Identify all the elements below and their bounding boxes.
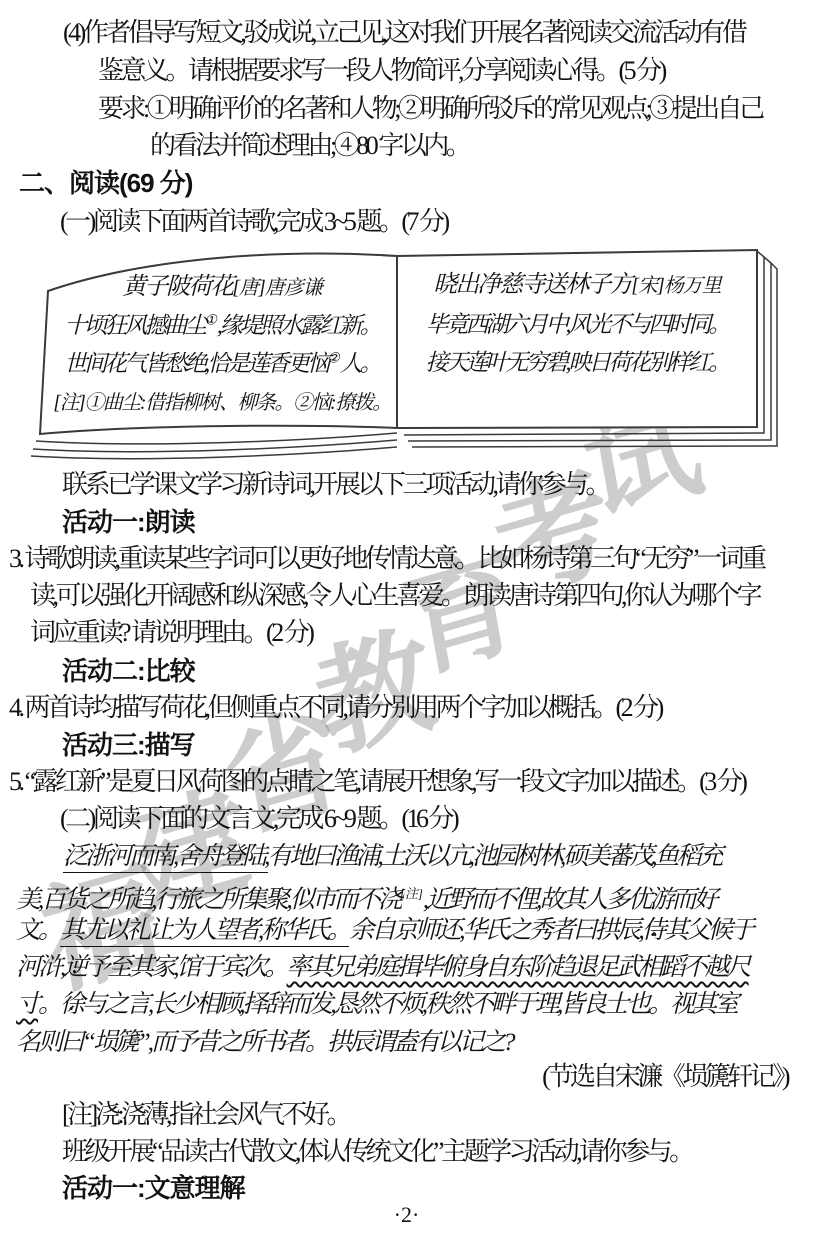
page-number: ·2· [0,1198,813,1232]
poem-right-line2: 接天莲叶无穷碧,映日荷花别样红。 [426,344,729,377]
question3-line2: 读,可以强化开阔感和纵深感,令人心生喜爱。朗读唐诗第四句,你认为哪个字 [30,579,759,613]
poem-left-note: [注]①曲尘:借指柳树、柳条。②恼:撩拨。 [53,386,390,415]
section2-heading: 二、阅读(69 分) [19,166,192,200]
wenyan-line3: 文。其尤以礼让为人望者,称华氏。余自京师还,华氏之秀者曰拱辰,侍其父候于 [16,914,752,948]
activity2-label: 活动二:比较 [62,654,195,688]
activities-intro: 联系已学课文学习新诗词,开展以下三项活动,请你参与。 [62,468,608,502]
item4-line1: (4)作者倡导写短文,驳成说,立己见,这对我们开展名著阅读交流活动有借 [63,16,744,50]
wenyan-line1: 泛浙河而南,舍舟登陆,有地曰渔浦,土沃以亢,池园树林,硕美蕃茂,鱼稻充 [63,840,721,874]
wenyan-line2: 美,百货之所趋,行旅之所集聚,似市而不浇[注],近野而不俚,故其人多优游而好 [16,877,715,917]
source-attribution: (节选自宋濂《埙篪轩记》) [542,1060,787,1094]
item4-requirements-line2: 的看法并简述理由;④80 字以内。 [150,129,468,163]
book-left-page-stack [31,447,397,459]
poem-right-title: 晓出净慈寺送林子方[宋]杨万里 [433,264,721,299]
question3-line3: 词应重读? 请说明理由。(2 分) [30,616,311,650]
wenyan-line6: 名则曰“埙篪”,而予昔之所书者。拱辰谓盍有以记之? [16,1026,513,1060]
part2-instruction: (二)阅读下面的文言文,完成 6~9 题。(16 分) [60,802,456,836]
question4-line1: 4. 两首诗均描写荷花,但侧重点不同,请分别用两个字加以概括。(2 分) [9,691,661,725]
wenyan-line4: 河浒,逆予至其家,馆于宾次。率其兄弟庭揖毕俯身自东阶趋退足武相蹈不越尺 [16,951,749,985]
class-activity-intro: 班级开展“品读古代散文,体认传统文化”主题学习活动,请你参与。 [62,1135,692,1169]
item4-line2: 鉴意义。请根据要求写一段人物简评,分享阅读心得。(5 分) [98,54,664,88]
poem-left-title: 黄子陂荷花[唐]唐彦谦 [122,266,322,301]
question3-line1: 3. 诗歌朗读,重读某些字词可以更好地传情达意。比如杨诗第三句“无穷”一词重 [9,542,764,576]
poem-left-line1: 十顷狂风撼曲尘①,缘堤照水露红新。 [64,307,379,340]
poem-right-line1: 毕竟西湖六月中,风光不与四时同。 [426,306,729,339]
book-left-page-stack [33,440,397,452]
part1-instruction: (一)阅读下面两首诗歌,完成 3~5 题。(7 分) [60,205,447,239]
activity3-label: 活动三:描写 [62,728,195,762]
book-left-page-stack [36,433,397,444]
item4-requirements-line1: 要求:①明确评价的名著和人物;②明确所驳斥的常见观点;③提出自己 [98,92,762,126]
exam-page: 福建省教育考试 (4)作者倡导写短文,驳成说,立己见,这对我们开展名著阅读交流活… [0,0,813,1239]
poem-left-line2: 世间花气皆愁绝,恰是莲香更恼②人。 [64,345,379,378]
activity1-label: 活动一:朗读 [62,505,195,539]
question5-line1: 5. “露红新”是夏日风荷图的点睛之笔,请展开想象,写一段文字加以描述。(3 分… [9,765,744,799]
wenyan-footnote: [注]浇:浇薄,指社会风气不好。 [62,1098,349,1132]
wenyan-line5: 寸。徐与之言,长少相顾,择辞而发,恳然不烦,秩然不畔于理,皆良士也。视其室 [16,988,736,1022]
